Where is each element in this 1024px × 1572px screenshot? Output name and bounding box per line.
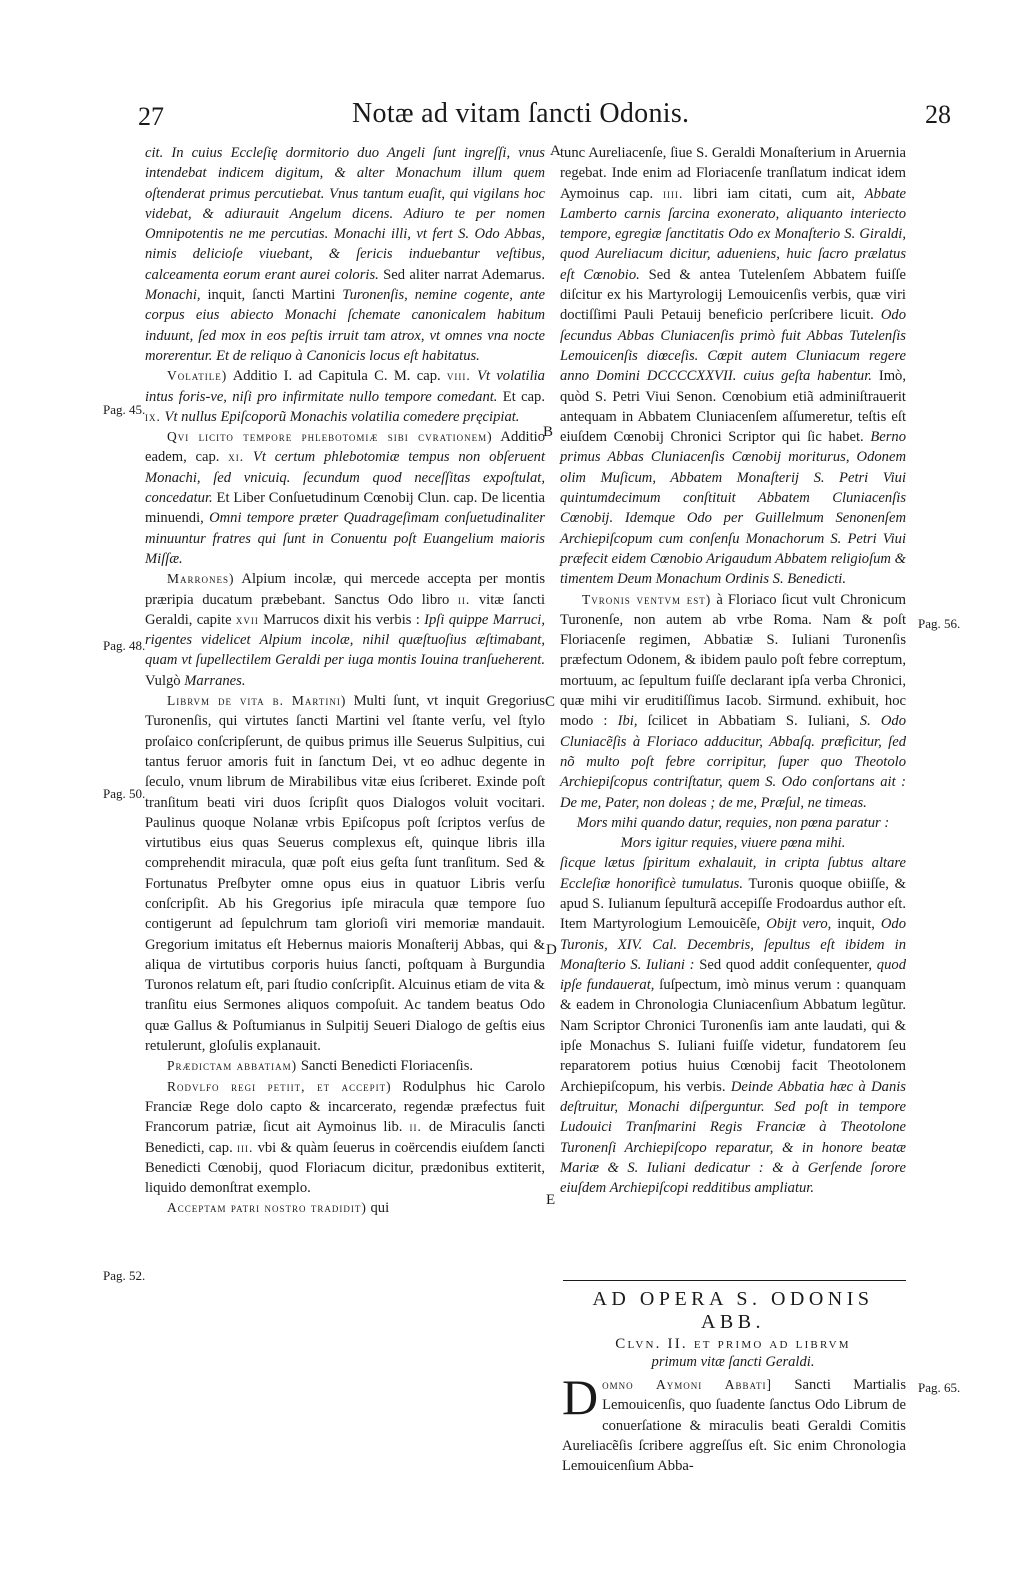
text-run: Multi ſunt, vt inquit Gregorius Turonenſ… — [145, 693, 545, 1054]
page-title: Notæ ad vitam ſancti Odonis. — [352, 98, 689, 130]
italic-text: Mors igitur requies, viuere pœna mihi. — [621, 835, 846, 851]
lemma-text: iiii. — [663, 186, 683, 201]
text-run: Marrucos dixit his verbis : — [259, 612, 424, 628]
italic-text: Berno primus Abbas Cluniacenſis Cœnobij … — [560, 429, 906, 587]
text-run: libri iam citati, cum ait, — [683, 186, 864, 202]
running-head: 27 Notæ ad vitam ſancti Odonis. 28 — [0, 98, 1024, 138]
italic-text: Obijt vero, — [766, 916, 831, 932]
text-run: ſuſpectum, imò minus verum : quanquam & … — [560, 977, 906, 1094]
margin-page-ref: Pag. 65. — [918, 1380, 960, 1396]
note-paragraph: tunc Aureliacenſe, ſiue S. Geraldi Monaſ… — [560, 143, 906, 590]
lemma-text: Rodvlfo regi petiit, et accepit) — [167, 1079, 392, 1094]
italic-text: Marranes. — [184, 673, 245, 689]
text-run: Sancti Benedicti Floriacenſis. — [297, 1058, 473, 1074]
lemma-text: xvii — [236, 612, 259, 627]
note-paragraph: Volatile) Additio I. ad Capitula C. M. c… — [145, 366, 545, 427]
text-run: qui — [367, 1200, 389, 1216]
italic-text: cit. In cuius Eccleſię dormitorio duo An… — [145, 145, 545, 283]
note-paragraph: cit. In cuius Eccleſię dormitorio duo An… — [145, 143, 545, 366]
text-run: Sed quod addit conſequenter, — [695, 957, 877, 973]
lemma-text: Qvi licito tempore phlebotomiæ sibi cvra… — [167, 429, 493, 444]
note-paragraph: Tvronis ventvm est) à Floriaco ſicut vul… — [560, 590, 906, 813]
italic-text: Deinde Abbatia hæc à Danis deſtruitur, M… — [560, 1079, 906, 1196]
text-run: Et cap. — [497, 389, 545, 405]
section-heading-line1: AD OPERA S. ODONIS ABB. — [560, 1288, 906, 1334]
lemma-text: ii. — [458, 592, 470, 607]
lemma-text: Volatile) — [167, 368, 227, 383]
note-paragraph: Acceptam patri nostro tradidit) qui — [145, 1198, 545, 1218]
margin-page-ref: Pag. 48. — [103, 638, 145, 654]
section-heading: AD OPERA S. ODONIS ABB. Clvn. II. et pri… — [560, 1288, 906, 1371]
margin-page-ref: Pag. 52. — [103, 1268, 145, 1284]
note-paragraph: ſicque lætus ſpiritum exhalauit, in crip… — [560, 853, 906, 1198]
lemma-text: Acceptam patri nostro tradidit) — [167, 1200, 367, 1215]
italic-text: Vt nullus Epiſcoporũ Monachis volatilia … — [161, 409, 520, 425]
lemma-text: omno Aymoni Abbati] — [602, 1377, 772, 1392]
lemma-text: xi. — [228, 449, 244, 464]
right-page-number: 28 — [925, 100, 951, 130]
lemma-text: ii. — [409, 1119, 421, 1134]
text-run: ſcilicet in Abbatiam S. Iuliani, — [638, 713, 860, 729]
italic-text: Ibi, — [618, 713, 638, 729]
right-column: tunc Aureliacenſe, ſiue S. Geraldi Monaſ… — [560, 143, 906, 1198]
lemma-text: Prædictam abbatiam) — [167, 1058, 297, 1073]
section-letter: D — [546, 942, 557, 959]
note-paragraph: Marrones) Alpium incolæ, qui mercede acc… — [145, 569, 545, 691]
verse-line: Mors mihi quando datur, requies, non pœn… — [560, 813, 906, 833]
left-page-number: 27 — [138, 102, 164, 132]
note-paragraph: Qvi licito tempore phlebotomiæ sibi cvra… — [145, 427, 545, 569]
text-run: à Floriaco ſicut vult Chronicum Turonenſ… — [560, 592, 906, 730]
italic-text: Mors mihi quando datur, requies, non pœn… — [577, 815, 889, 831]
section-divider — [563, 1280, 906, 1281]
section-body: D omno Aymoni Abbati] Sancti Martialis L… — [562, 1375, 906, 1476]
lemma-text: Tvronis ventvm est) — [582, 592, 711, 607]
section-letter: E — [546, 1192, 555, 1209]
margin-page-ref: Pag. 50. — [103, 786, 145, 802]
margin-page-ref: Pag. 56. — [918, 616, 960, 632]
text-run: Additio I. ad Capitula C. M. cap. — [227, 368, 447, 384]
drop-cap: D — [562, 1377, 598, 1417]
lemma-text: viii. — [447, 368, 471, 383]
lemma-text: iii. — [237, 1140, 253, 1155]
text-run: Sed aliter narrat Ademarus. — [379, 267, 545, 283]
note-paragraph: Rodvlfo regi petiit, et accepit) Rodulph… — [145, 1077, 545, 1199]
text-run: inquit, ſancti Martini — [201, 287, 343, 303]
note-paragraph: Librvm de vita b. Martini) Multi ſunt, v… — [145, 691, 545, 1056]
text-run: Vulgò — [145, 673, 184, 689]
lemma-text: Librvm de vita b. Martini) — [167, 693, 346, 708]
verse-line: Mors igitur requies, viuere pœna mihi. — [560, 833, 906, 853]
section-heading-line3: primum vitæ ſancti Geraldi. — [560, 1354, 906, 1371]
left-column: cit. In cuius Eccleſię dormitorio duo An… — [145, 143, 545, 1219]
margin-page-ref: Pag. 45. — [103, 402, 145, 418]
lemma-text: Marrones) — [167, 571, 235, 586]
lemma-text: ix. — [145, 409, 161, 424]
note-paragraph: Prædictam abbatiam) Sancti Benedicti Flo… — [145, 1056, 545, 1076]
section-heading-line2: Clvn. II. et primo ad librvm — [560, 1336, 906, 1353]
section-letter: C — [545, 694, 555, 711]
italic-text: Monachi, — [145, 287, 201, 303]
text-run: inquit, — [831, 916, 881, 932]
